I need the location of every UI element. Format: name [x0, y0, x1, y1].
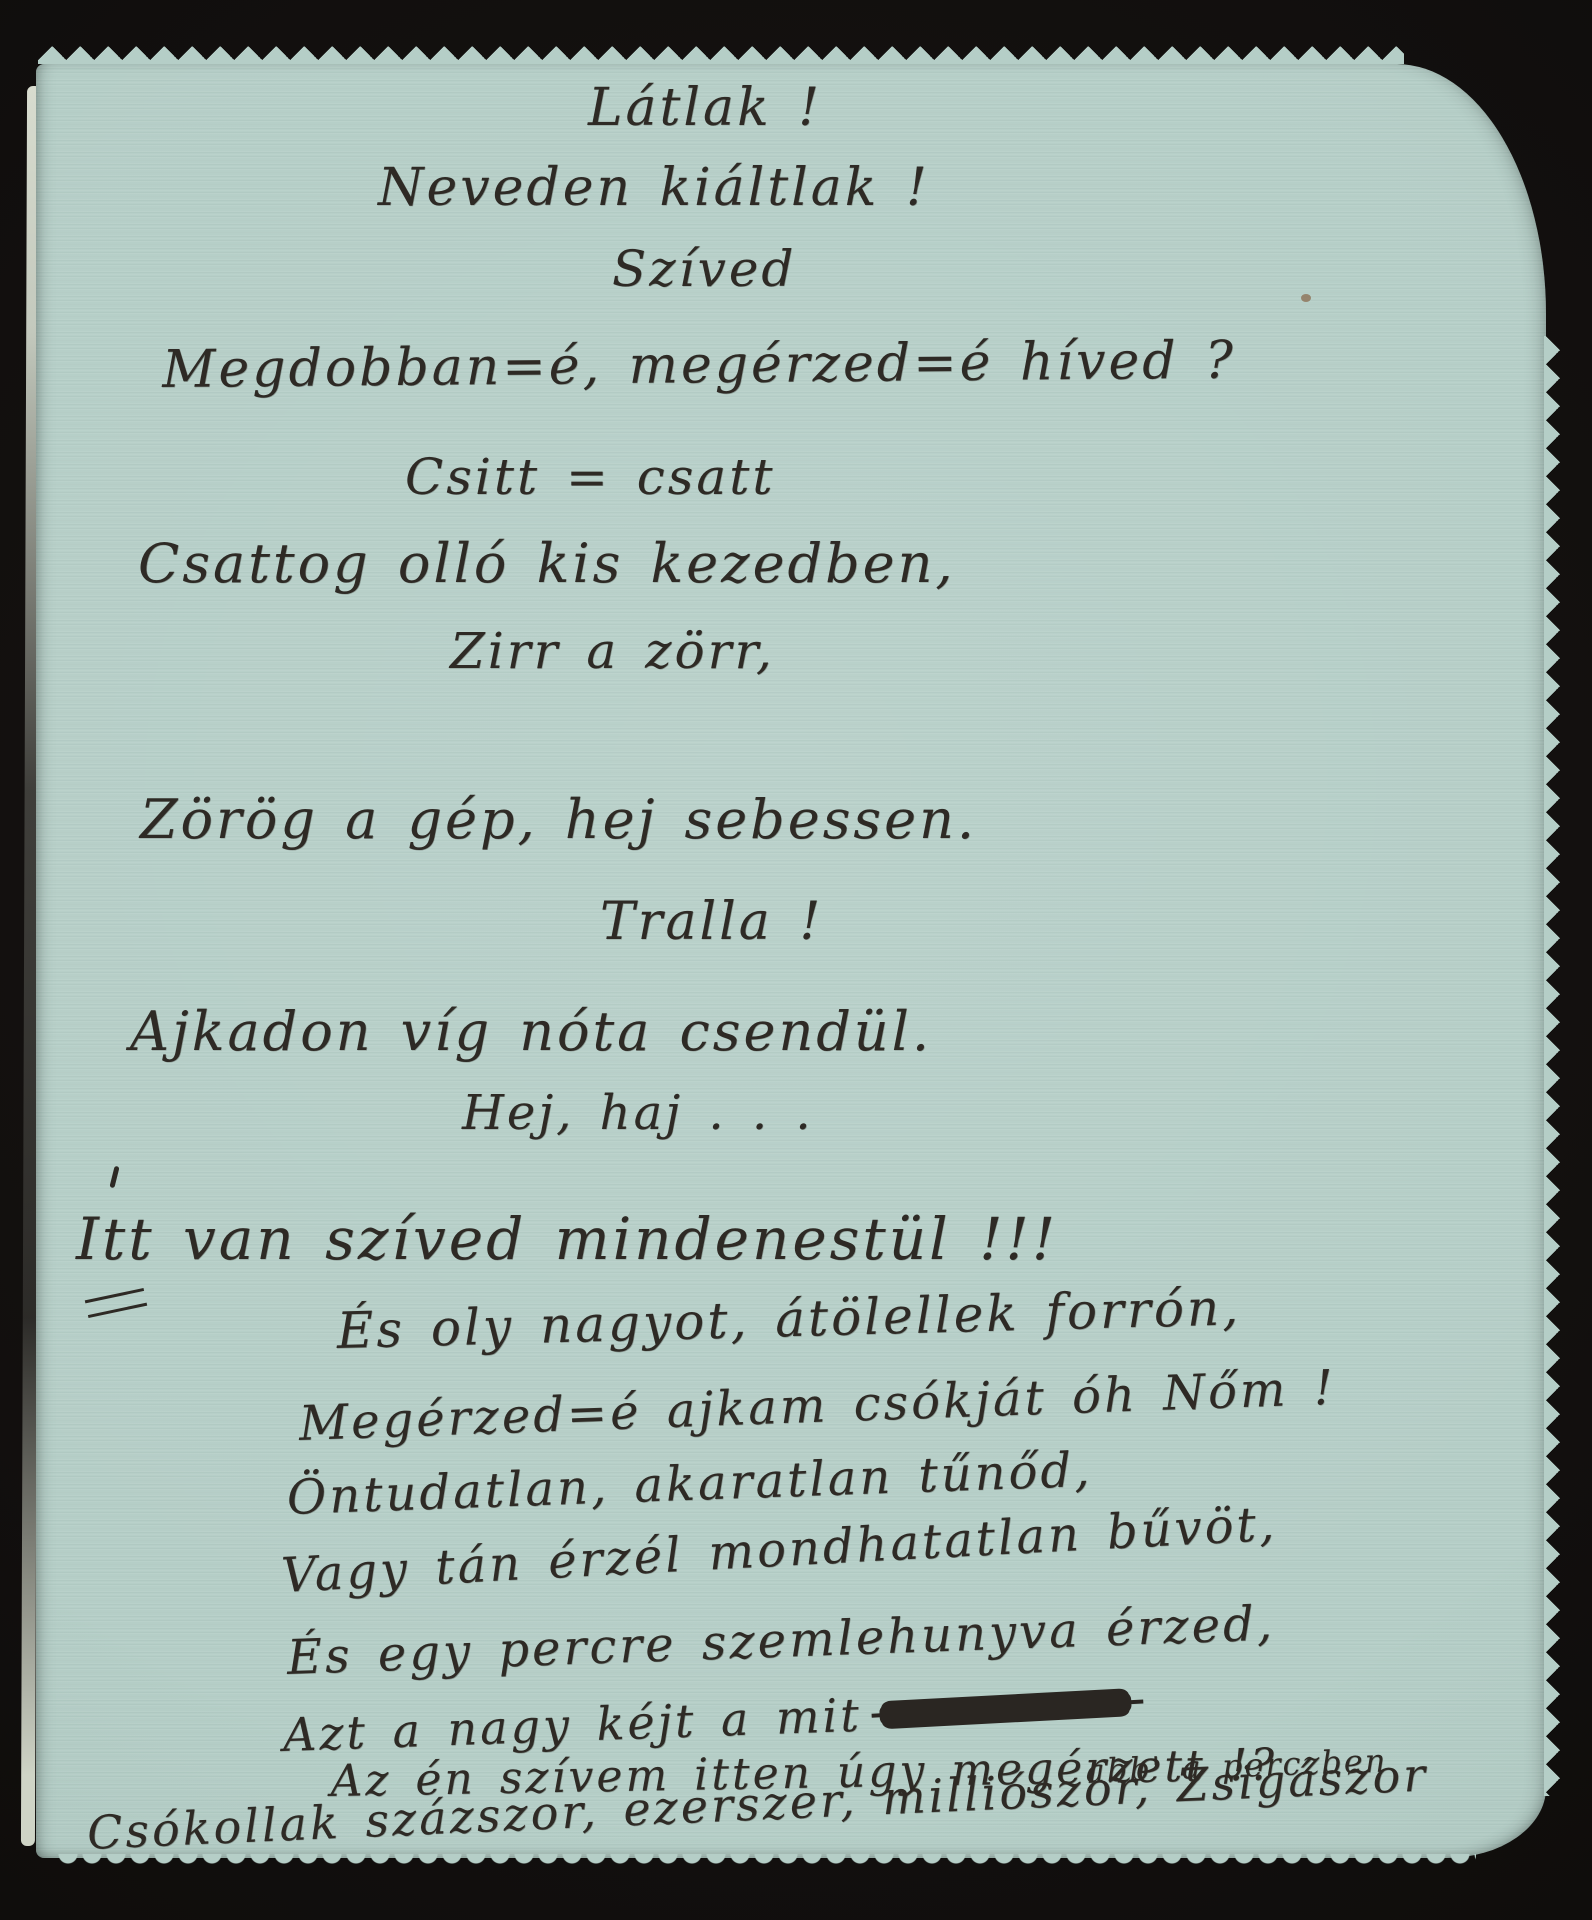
- crossed-out-word: [879, 1690, 1132, 1727]
- handwritten-line: Szíved: [612, 240, 796, 298]
- lettercard-page: [36, 64, 1546, 1858]
- handwritten-line: Csitt = csatt: [405, 448, 775, 506]
- handwritten-line-emphasized: Itt van szíved mindenestül !!!: [76, 1205, 1058, 1273]
- scanned-lettercard: Látlak ! Neveden kiáltlak ! Szíved Megdo…: [0, 0, 1592, 1920]
- handwritten-line: Zörög a gép, hej sebessen.: [140, 788, 977, 851]
- perforated-edge-top: [38, 46, 1404, 64]
- handwritten-line: Csattog olló kis kezedben,: [138, 532, 956, 595]
- ink-stain: [1301, 294, 1311, 302]
- handwritten-line: Megdobban=é, megérzed=é híved ?: [162, 331, 1236, 400]
- perforated-edge-right: [1544, 336, 1560, 1796]
- perforated-edge-bottom: [56, 1854, 1476, 1871]
- handwritten-line: Zirr a zörr,: [450, 622, 775, 680]
- handwritten-line: Hej, haj . . .: [462, 1085, 814, 1141]
- handwritten-line: Neveden kiáltlak !: [378, 158, 930, 218]
- handwritten-line: Látlak !: [588, 78, 822, 138]
- handwritten-line: Ajkadon víg nóta csendül.: [130, 1000, 932, 1063]
- handwritten-line: Tralla !: [600, 892, 823, 952]
